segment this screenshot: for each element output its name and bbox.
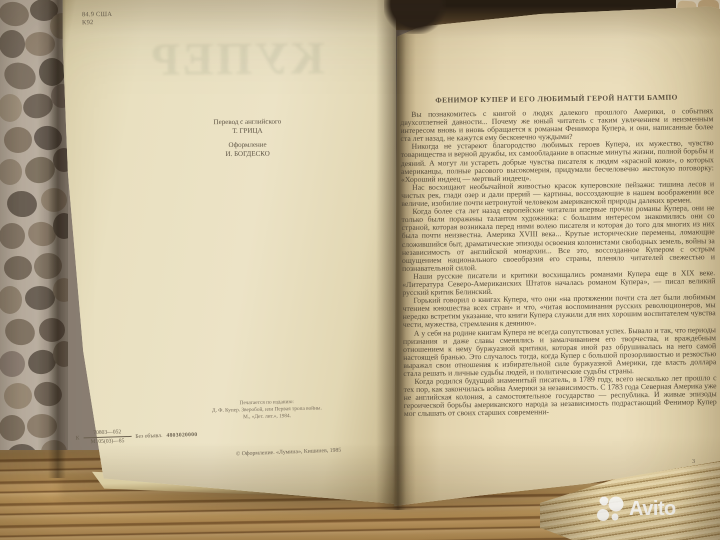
design-credit: Оформление И. БОГДЕСКО [160,140,335,160]
translation-credit: Перевод с английского Т. ГРИЦА [160,117,335,137]
paragraph: Когда более ста лет назад европейские чи… [401,204,715,273]
classification-line: К92 [82,18,112,26]
designer-name: И. БОГДЕСКО [160,149,335,160]
paragraph: Вы познакомитесь с книгой о людях далеко… [400,107,713,143]
right-page-content: ФЕНИМОР КУПЕР И ЕГО ЛЮБИМЫЙ ГЕРОЙ НАТТИ … [400,92,717,418]
copyright-line: © Оформление. «Лумина», Кишинев, 1985 [236,448,342,458]
catalog-isbn: 4803020000 [166,431,197,438]
classification-line: 84.9 США [82,11,112,19]
paragraph: Никогда не устареют благородство любимых… [401,140,714,184]
catalog-suffix: Без объявл. [135,433,162,440]
left-page-content: 84.9 США К92 КУПЕР Перевод с английского… [54,0,398,505]
show-through-text: КУПЕР [134,31,324,86]
paragraph: Горький говорил о книгах Купера, что они… [402,293,715,329]
catalog-code-block: К 70803—052 М105(03)—85 Без объявл. 4803… [75,427,197,446]
avito-logo-dots-icon [596,494,624,524]
catalog-denominator: М105(03)—85 [83,437,131,445]
translator-name: Т. ГРИЦА [160,126,335,137]
page-number: 3 [692,458,695,465]
library-classification-code: 84.9 США К92 [82,11,112,26]
listing-photo: 84.9 США К92 КУПЕР Перевод с английского… [0,0,720,540]
paragraph: Когда родился будущий знаменитый писател… [403,374,716,418]
edition-note: Печатается по изданию: Д. Ф. Купер. Звер… [169,397,364,422]
catalog-prefix: К [76,435,80,441]
paragraph: А у себя на родине книгам Купера не всег… [403,326,717,378]
body-paragraphs: Вы познакомитесь с книгой о людях далеко… [400,107,717,418]
catalog-fraction: 70803—052 М105(03)—85 [83,429,131,445]
avito-watermark-label: Avito [629,498,676,521]
avito-watermark: Avito [596,494,676,524]
